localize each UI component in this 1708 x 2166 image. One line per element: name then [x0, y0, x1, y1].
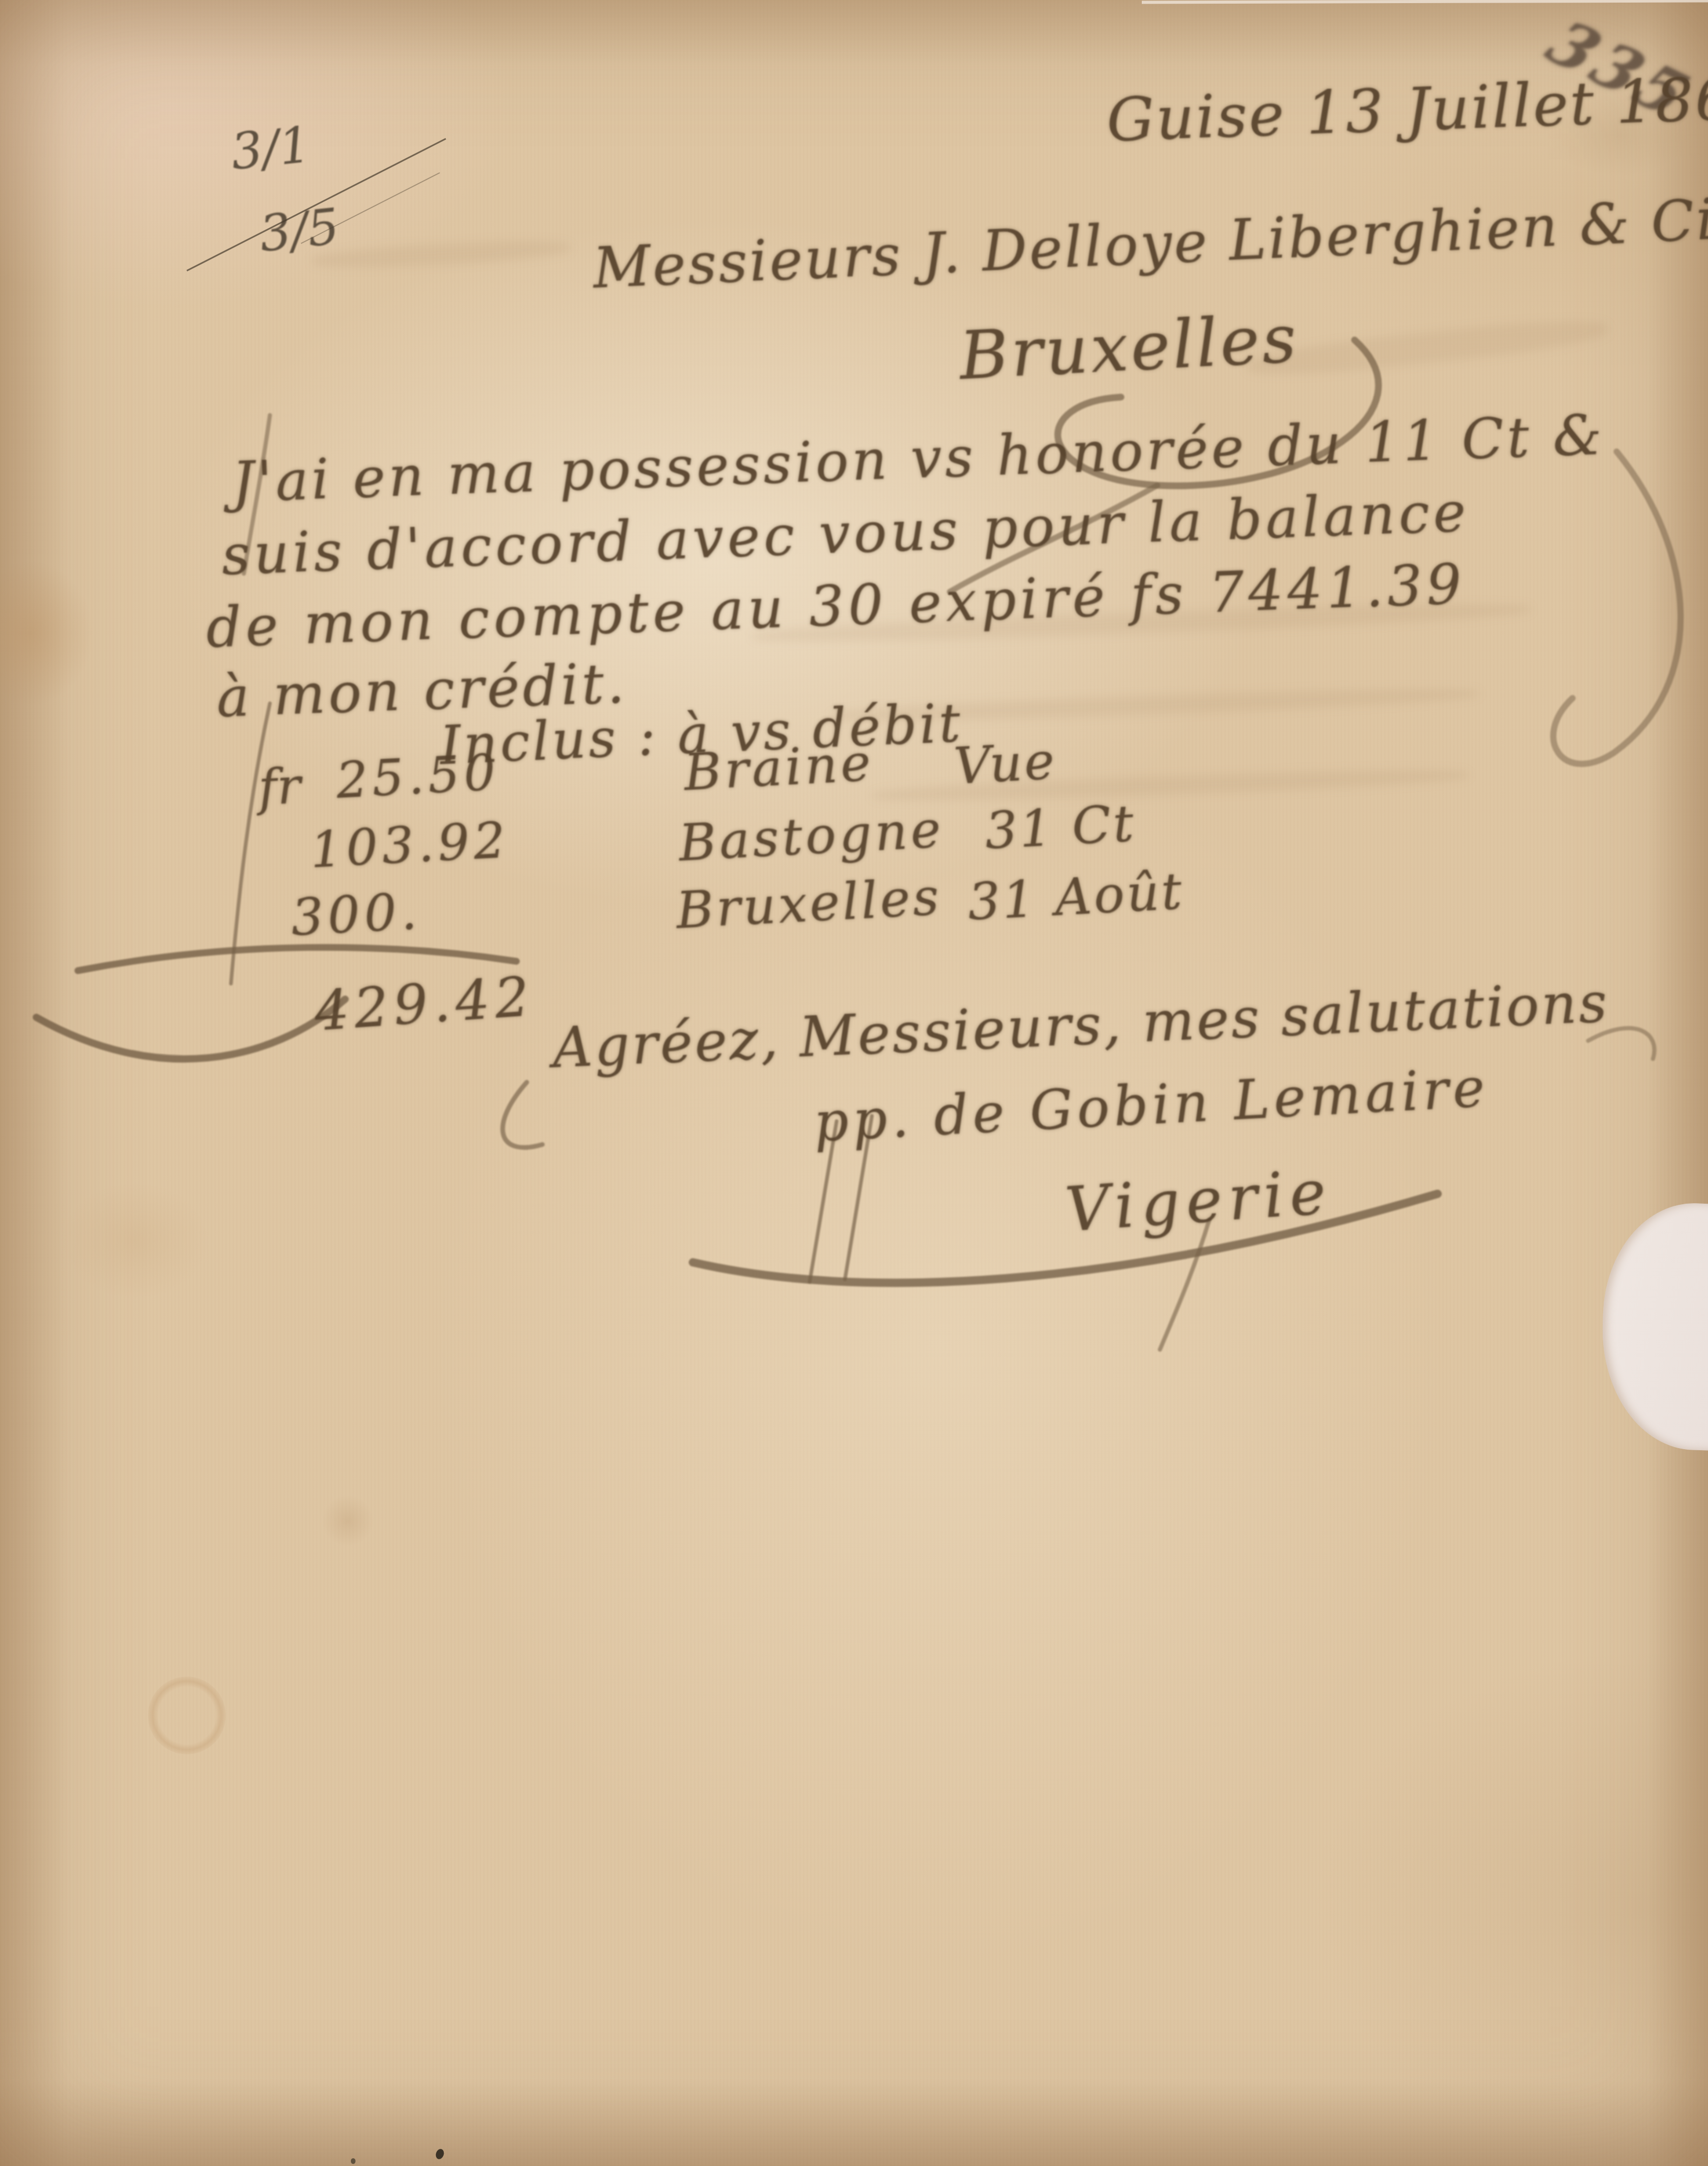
paper-stain — [322, 1495, 374, 1547]
debit-row-3-amount: 300. — [290, 882, 422, 948]
paper-stain — [148, 1677, 226, 1754]
archival-mark-lower: 3/5 — [257, 198, 342, 263]
debit-row-3-due: 31 Août — [966, 862, 1185, 932]
paper-speck — [351, 2158, 356, 2164]
paper-stain — [62, 1183, 208, 1298]
debit-row-1-place: Braine — [682, 733, 875, 802]
debit-row-2-due: 31 Ct — [983, 794, 1137, 861]
debit-row-1-currency: fr — [257, 757, 302, 817]
debit-row-1-amount: 25.50 — [335, 743, 501, 810]
scanned-letter-page: 3/1 3/5 335 Guise 13 Juillet 1863 Messie… — [0, 0, 1708, 2166]
debit-row-1-due: Vue — [952, 732, 1058, 796]
archival-mark-upper: 3/1 — [228, 116, 313, 181]
debit-row-2-amount: 103.92 — [309, 811, 511, 879]
